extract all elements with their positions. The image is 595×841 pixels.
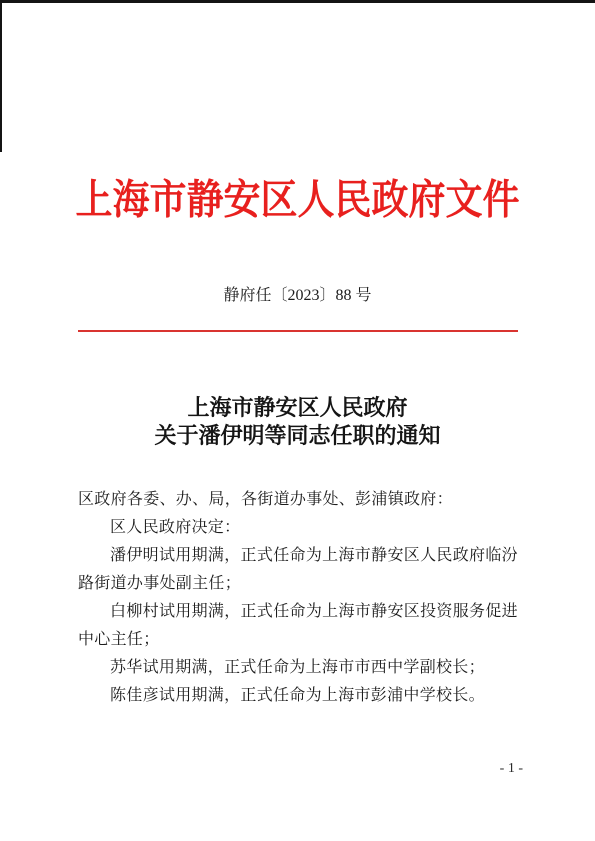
appointment-item: 苏华试用期满，正式任命为上海市市西中学副校长； (78, 654, 518, 682)
appointment-item: 陈佳彦试用期满，正式任命为上海市彭浦中学校长。 (78, 682, 518, 710)
document-page: 上海市静安区人民政府文件 静府任〔2023〕88 号 上海市静安区人民政府 关于… (0, 0, 595, 841)
notice-title-line2: 关于潘伊明等同志任职的通知 (0, 422, 595, 450)
notice-title: 上海市静安区人民政府 关于潘伊明等同志任职的通知 (0, 394, 595, 450)
appointment-item: 潘伊明试用期满，正式任命为上海市静安区人民政府临汾路街道办事处副主任； (78, 542, 518, 598)
red-divider-rule (78, 330, 518, 332)
appointment-item: 白柳村试用期满，正式任命为上海市静安区投资服务促进中心主任； (78, 598, 518, 654)
notice-body: 区政府各委、办、局，各街道办事处、彭浦镇政府： 区人民政府决定： 潘伊明试用期满… (78, 486, 518, 710)
scan-edge-top (0, 0, 595, 3)
scan-edge-left (0, 0, 2, 152)
document-number: 静府任〔2023〕88 号 (0, 286, 595, 306)
red-header-title: 上海市静安区人民政府文件 (0, 166, 595, 225)
salutation-line: 区政府各委、办、局，各街道办事处、彭浦镇政府： (78, 486, 518, 514)
notice-title-line1: 上海市静安区人民政府 (0, 394, 595, 422)
decision-line: 区人民政府决定： (78, 514, 518, 542)
page-number: - 1 - (0, 761, 523, 777)
